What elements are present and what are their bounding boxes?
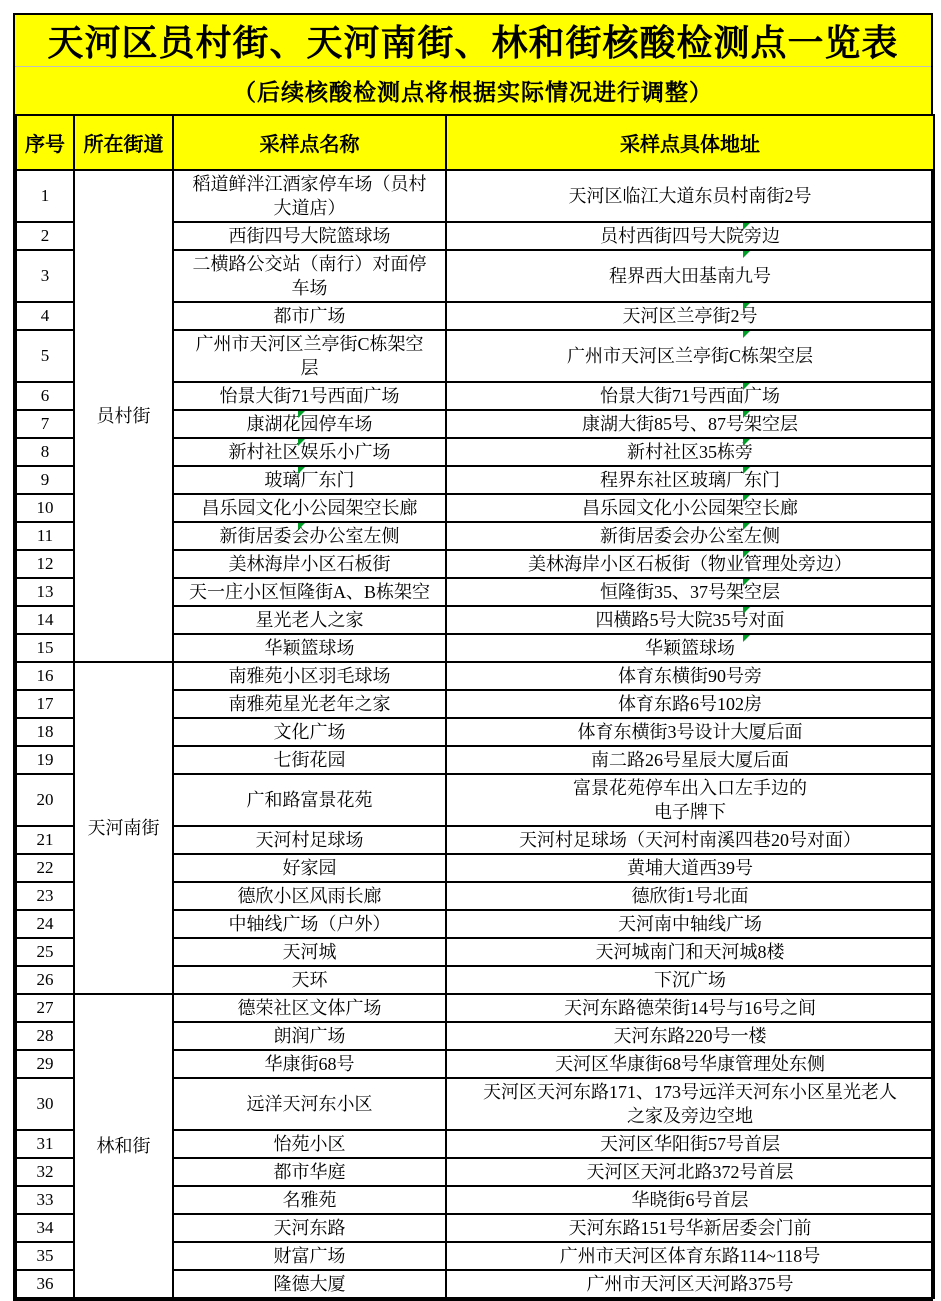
site-name-cell: 新村社区娱乐小广场 [173,438,446,466]
site-name-cell: 中轴线广场（户外） [173,910,446,938]
site-name-cell: 稻道鲜泮江酒家停车场（员村 大道店） [173,170,446,222]
green-flag-icon [743,439,750,446]
col-header-street: 所在街道 [74,115,173,170]
site-name-cell: 天河村足球场 [173,826,446,854]
row-index-cell: 18 [16,718,74,746]
site-name-cell: 华康街68号 [173,1050,446,1078]
site-name-cell: 财富广场 [173,1242,446,1254]
site-address-cell: 程界西大田基南九号 [446,250,934,302]
green-flag-icon [743,303,750,310]
row-index-cell: 26 [16,966,74,994]
site-address-cell: 员村西街四号大院旁边 [446,222,934,250]
col-header-index: 序号 [16,115,74,170]
site-name-cell: 都市华庭 [173,1158,446,1186]
site-name-cell: 二横路公交站（南行）对面停 车场 [173,250,446,302]
site-address-cell: 天河村足球场（天河村南溪四巷20号对面） [446,826,934,854]
site-name-cell: 南雅苑小区羽毛球场 [173,662,446,690]
site-name-cell: 好家园 [173,854,446,882]
site-address-cell: 天河东路151号华新居委会门前 [446,1214,934,1242]
green-flag-icon [743,495,750,502]
row-index-cell: 14 [16,606,74,634]
site-name-cell: 广和路富景花苑 [173,774,446,826]
site-name-cell: 新街居委会办公室左侧 [173,522,446,550]
row-index-cell: 2 [16,222,74,250]
row-index-cell: 27 [16,994,74,1022]
green-flag-icon [298,411,305,418]
page-subtitle: （后续核酸检测点将根据实际情况进行调整） [15,67,931,114]
site-address-cell: 天河区天河北路372号首层 [446,1158,934,1186]
row-index-cell: 10 [16,494,74,522]
site-name-cell: 天一庄小区恒隆街A、B栋架空 [173,578,446,606]
green-flag-icon [743,383,750,390]
site-address-cell: 四横路5号大院35号对面 [446,606,934,634]
row-index-cell: 4 [16,302,74,330]
site-address-cell: 新街居委会办公室左侧 [446,522,934,550]
row-index-cell: 12 [16,550,74,578]
green-flag-icon [743,635,750,642]
site-address-cell: 天河区华阳街57号首层 [446,1130,934,1158]
green-flag-icon [298,523,305,530]
row-index-cell: 19 [16,746,74,774]
site-address-cell: 广州市天河区兰亭街C栋架空层 [446,330,934,382]
green-flag-icon [298,439,305,446]
site-address-cell: 黄埔大道西39号 [446,854,934,882]
site-name-cell: 天河城 [173,938,446,966]
site-name-cell: 天河东路 [173,1214,446,1242]
col-header-site-address: 采样点具体地址 [446,115,934,170]
row-index-cell: 29 [16,1050,74,1078]
site-name-cell: 都市广场 [173,302,446,330]
site-name-cell: 星光老人之家 [173,606,446,634]
site-name-cell: 昌乐园文化小公园架空长廊 [173,494,446,522]
row-index-cell: 33 [16,1186,74,1214]
site-name-cell: 美林海岸小区石板街 [173,550,446,578]
site-name-cell: 文化广场 [173,718,446,746]
site-address-cell: 体育东横街3号设计大厦后面 [446,718,934,746]
site-address-cell: 天河区临江大道东员村南街2号 [446,170,934,222]
green-flag-icon [743,467,750,474]
table-body: 1员村街稻道鲜泮江酒家停车场（员村 大道店）天河区临江大道东员村南街2号2西街四… [16,170,934,1254]
row-index-cell: 22 [16,854,74,882]
site-address-cell: 天河城南门和天河城8楼 [446,938,934,966]
site-address-cell: 体育东路6号102房 [446,690,934,718]
site-address-cell: 体育东横街90号旁 [446,662,934,690]
row-index-cell: 1 [16,170,74,222]
row-index-cell: 5 [16,330,74,382]
row-index-cell: 17 [16,690,74,718]
site-address-cell: 天河东路德荣街14号与16号之间 [446,994,934,1022]
site-name-cell: 德荣社区文体广场 [173,994,446,1022]
site-name-cell: 七街花园 [173,746,446,774]
green-flag-icon [743,251,750,258]
green-flag-icon [298,467,305,474]
site-address-cell: 富景花苑停车出入口左手边的 电子牌下 [446,774,934,826]
site-name-cell: 南雅苑星光老年之家 [173,690,446,718]
page-title: 天河区员村街、天河南街、林和街核酸检测点一览表 [15,15,931,67]
row-index-cell: 28 [16,1022,74,1050]
row-index-cell: 13 [16,578,74,606]
row-index-cell: 16 [16,662,74,690]
table-row: 16天河南街南雅苑小区羽毛球场体育东横街90号旁 [16,662,934,690]
green-flag-icon [743,551,750,558]
row-index-cell: 21 [16,826,74,854]
site-address-cell: 恒隆街35、37号架空层 [446,578,934,606]
nucleic-acid-test-sites-sheet: 天河区员村街、天河南街、林和街核酸检测点一览表 （后续核酸检测点将根据实际情况进… [13,13,933,1254]
site-address-cell: 天河东路220号一楼 [446,1022,934,1050]
row-index-cell: 9 [16,466,74,494]
row-index-cell: 31 [16,1130,74,1158]
col-header-site-name: 采样点名称 [173,115,446,170]
site-address-cell: 南二路26号星辰大厦后面 [446,746,934,774]
site-address-cell: 华晓街6号首层 [446,1186,934,1214]
row-index-cell: 24 [16,910,74,938]
row-index-cell: 3 [16,250,74,302]
site-name-cell: 华颖篮球场 [173,634,446,662]
row-index-cell: 34 [16,1214,74,1242]
site-name-cell: 怡景大街71号西面广场 [173,382,446,410]
site-address-cell: 天河南中轴线广场 [446,910,934,938]
row-index-cell: 7 [16,410,74,438]
row-index-cell: 25 [16,938,74,966]
site-address-cell: 昌乐园文化小公园架空长廊 [446,494,934,522]
site-name-cell: 康湖花园停车场 [173,410,446,438]
table-row: 27林和街德荣社区文体广场天河东路德荣街14号与16号之间 [16,994,934,1022]
green-flag-icon [743,331,750,338]
row-index-cell: 23 [16,882,74,910]
row-index-cell: 11 [16,522,74,550]
site-address-cell: 下沉广场 [446,966,934,994]
street-group-cell: 林和街 [74,994,173,1254]
site-name-cell: 名雅苑 [173,1186,446,1214]
site-name-cell: 天环 [173,966,446,994]
site-address-cell: 德欣街1号北面 [446,882,934,910]
site-address-cell: 华颖篮球场 [446,634,934,662]
site-name-cell: 怡苑小区 [173,1130,446,1158]
site-name-cell: 广州市天河区兰亭街C栋架空 层 [173,330,446,382]
green-flag-icon [743,523,750,530]
table-row: 1员村街稻道鲜泮江酒家停车场（员村 大道店）天河区临江大道东员村南街2号 [16,170,934,222]
site-name-cell: 西街四号大院篮球场 [173,222,446,250]
row-index-cell: 20 [16,774,74,826]
site-address-cell: 美林海岸小区石板街（物业管理处旁边） [446,550,934,578]
street-group-cell: 天河南街 [74,662,173,994]
row-index-cell: 6 [16,382,74,410]
row-index-cell: 32 [16,1158,74,1186]
test-sites-table: 序号所在街道采样点名称采样点具体地址 1员村街稻道鲜泮江酒家停车场（员村 大道店… [15,114,935,1254]
site-address-cell: 程界东社区玻璃厂东门 [446,466,934,494]
site-address-cell: 康湖大街85号、87号架空层 [446,410,934,438]
green-flag-icon [743,607,750,614]
row-index-cell: 8 [16,438,74,466]
street-group-cell: 员村街 [74,170,173,662]
site-name-cell: 朗润广场 [173,1022,446,1050]
site-name-cell: 远洋天河东小区 [173,1078,446,1130]
green-flag-icon [743,579,750,586]
site-address-cell: 新村社区35栋旁 [446,438,934,466]
row-index-cell: 15 [16,634,74,662]
site-address-cell: 广州市天河区体育东路114~118号 [446,1242,934,1254]
green-flag-icon [743,411,750,418]
site-name-cell: 德欣小区风雨长廊 [173,882,446,910]
site-address-cell: 天河区兰亭街2号 [446,302,934,330]
row-index-cell: 35 [16,1242,74,1254]
site-address-cell: 天河区华康街68号华康管理处东侧 [446,1050,934,1078]
table-header-row: 序号所在街道采样点名称采样点具体地址 [16,115,934,170]
site-name-cell: 玻璃厂东门 [173,466,446,494]
site-address-cell: 天河区天河东路171、173号远洋天河东小区星光老人 之家及旁边空地 [446,1078,934,1130]
site-address-cell: 怡景大街71号西面广场 [446,382,934,410]
row-index-cell: 30 [16,1078,74,1130]
green-flag-icon [743,223,750,230]
